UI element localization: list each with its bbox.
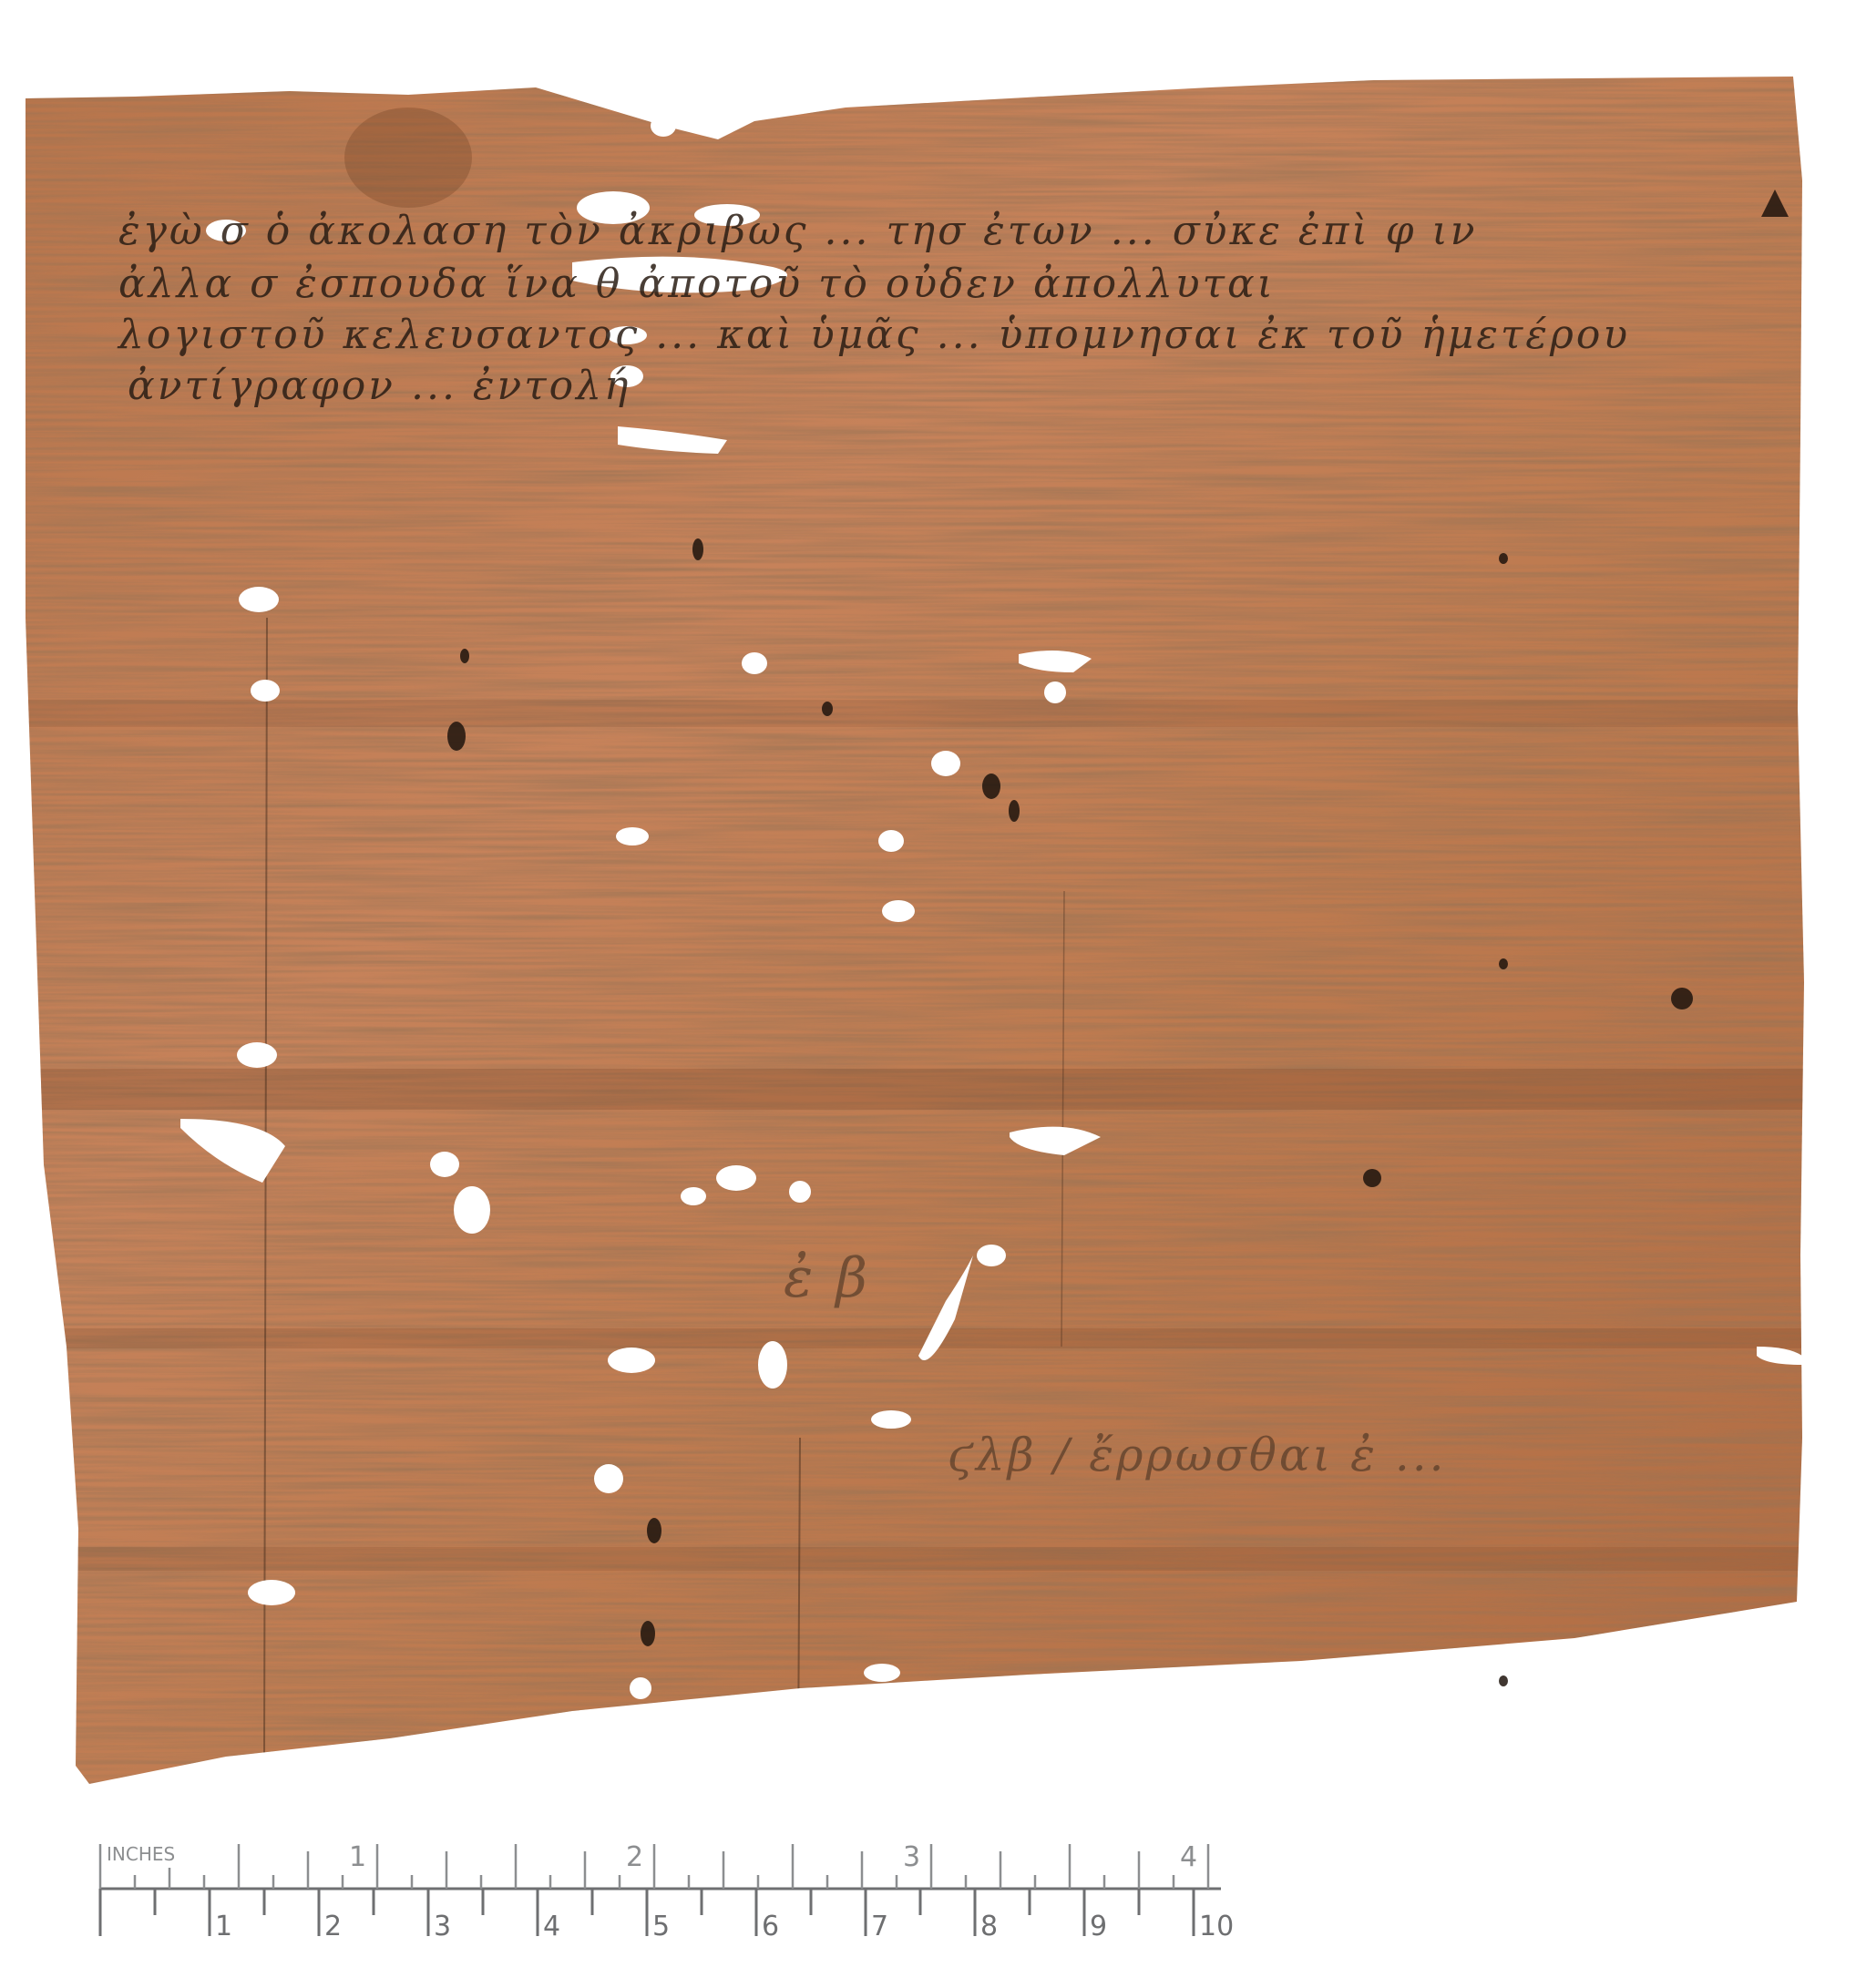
cm-mark-4: 4 — [543, 1911, 560, 1942]
papyrus-lower-text: ϛλβ / ἔρρωσθαι ἐ ... — [948, 1429, 1447, 1481]
papyrus-fragment: ἐγὼ σ ὁ ἀκολαση τὸν ἀκριβως ... τησ ἐτων… — [26, 71, 1804, 1802]
cm-mark-3: 3 — [434, 1911, 451, 1942]
papyrus-text-line-4: ἀντίγραφον ... ἐντολή — [128, 363, 631, 409]
inch-mark-1: 1 — [349, 1841, 366, 1873]
papyrus-text-line-1: ἐγὼ σ ὁ ἀκολαση τὸν ἀκριβως ... τησ ἐτων… — [118, 208, 1478, 254]
cm-mark-10: 10 — [1199, 1911, 1234, 1942]
papyrus-text-line-3: λογιστοῦ κελευσαντος ... καὶ ὑμᾶς ... ὑπ… — [118, 312, 1630, 358]
inches-label: INCHES — [107, 1843, 175, 1865]
cm-mark-2: 2 — [324, 1911, 342, 1942]
scale-ruler: INCHES 1 2 3 4 1 2 3 4 5 6 7 8 9 10 — [91, 1822, 1239, 1988]
cm-mark-6: 6 — [762, 1911, 779, 1942]
inch-mark-3: 3 — [903, 1841, 920, 1873]
cm-mark-1: 1 — [215, 1911, 232, 1942]
ruler-graphic: INCHES 1 2 3 4 1 2 3 4 5 6 7 8 9 10 — [91, 1822, 1239, 1988]
papyrus-faint-mark: ἐ β — [784, 1246, 870, 1310]
inch-mark-4: 4 — [1180, 1841, 1197, 1873]
papyrus-text-line-2: ἀλλα σ ἐσπουδα ἵνα θ ἀποτοῦ τὸ οὐδεν ἀπο… — [118, 261, 1276, 307]
cm-mark-9: 9 — [1090, 1911, 1107, 1942]
cm-mark-8: 8 — [980, 1911, 998, 1942]
cm-mark-5: 5 — [652, 1911, 670, 1942]
cm-mark-7: 7 — [871, 1911, 888, 1942]
inch-mark-2: 2 — [626, 1841, 643, 1873]
